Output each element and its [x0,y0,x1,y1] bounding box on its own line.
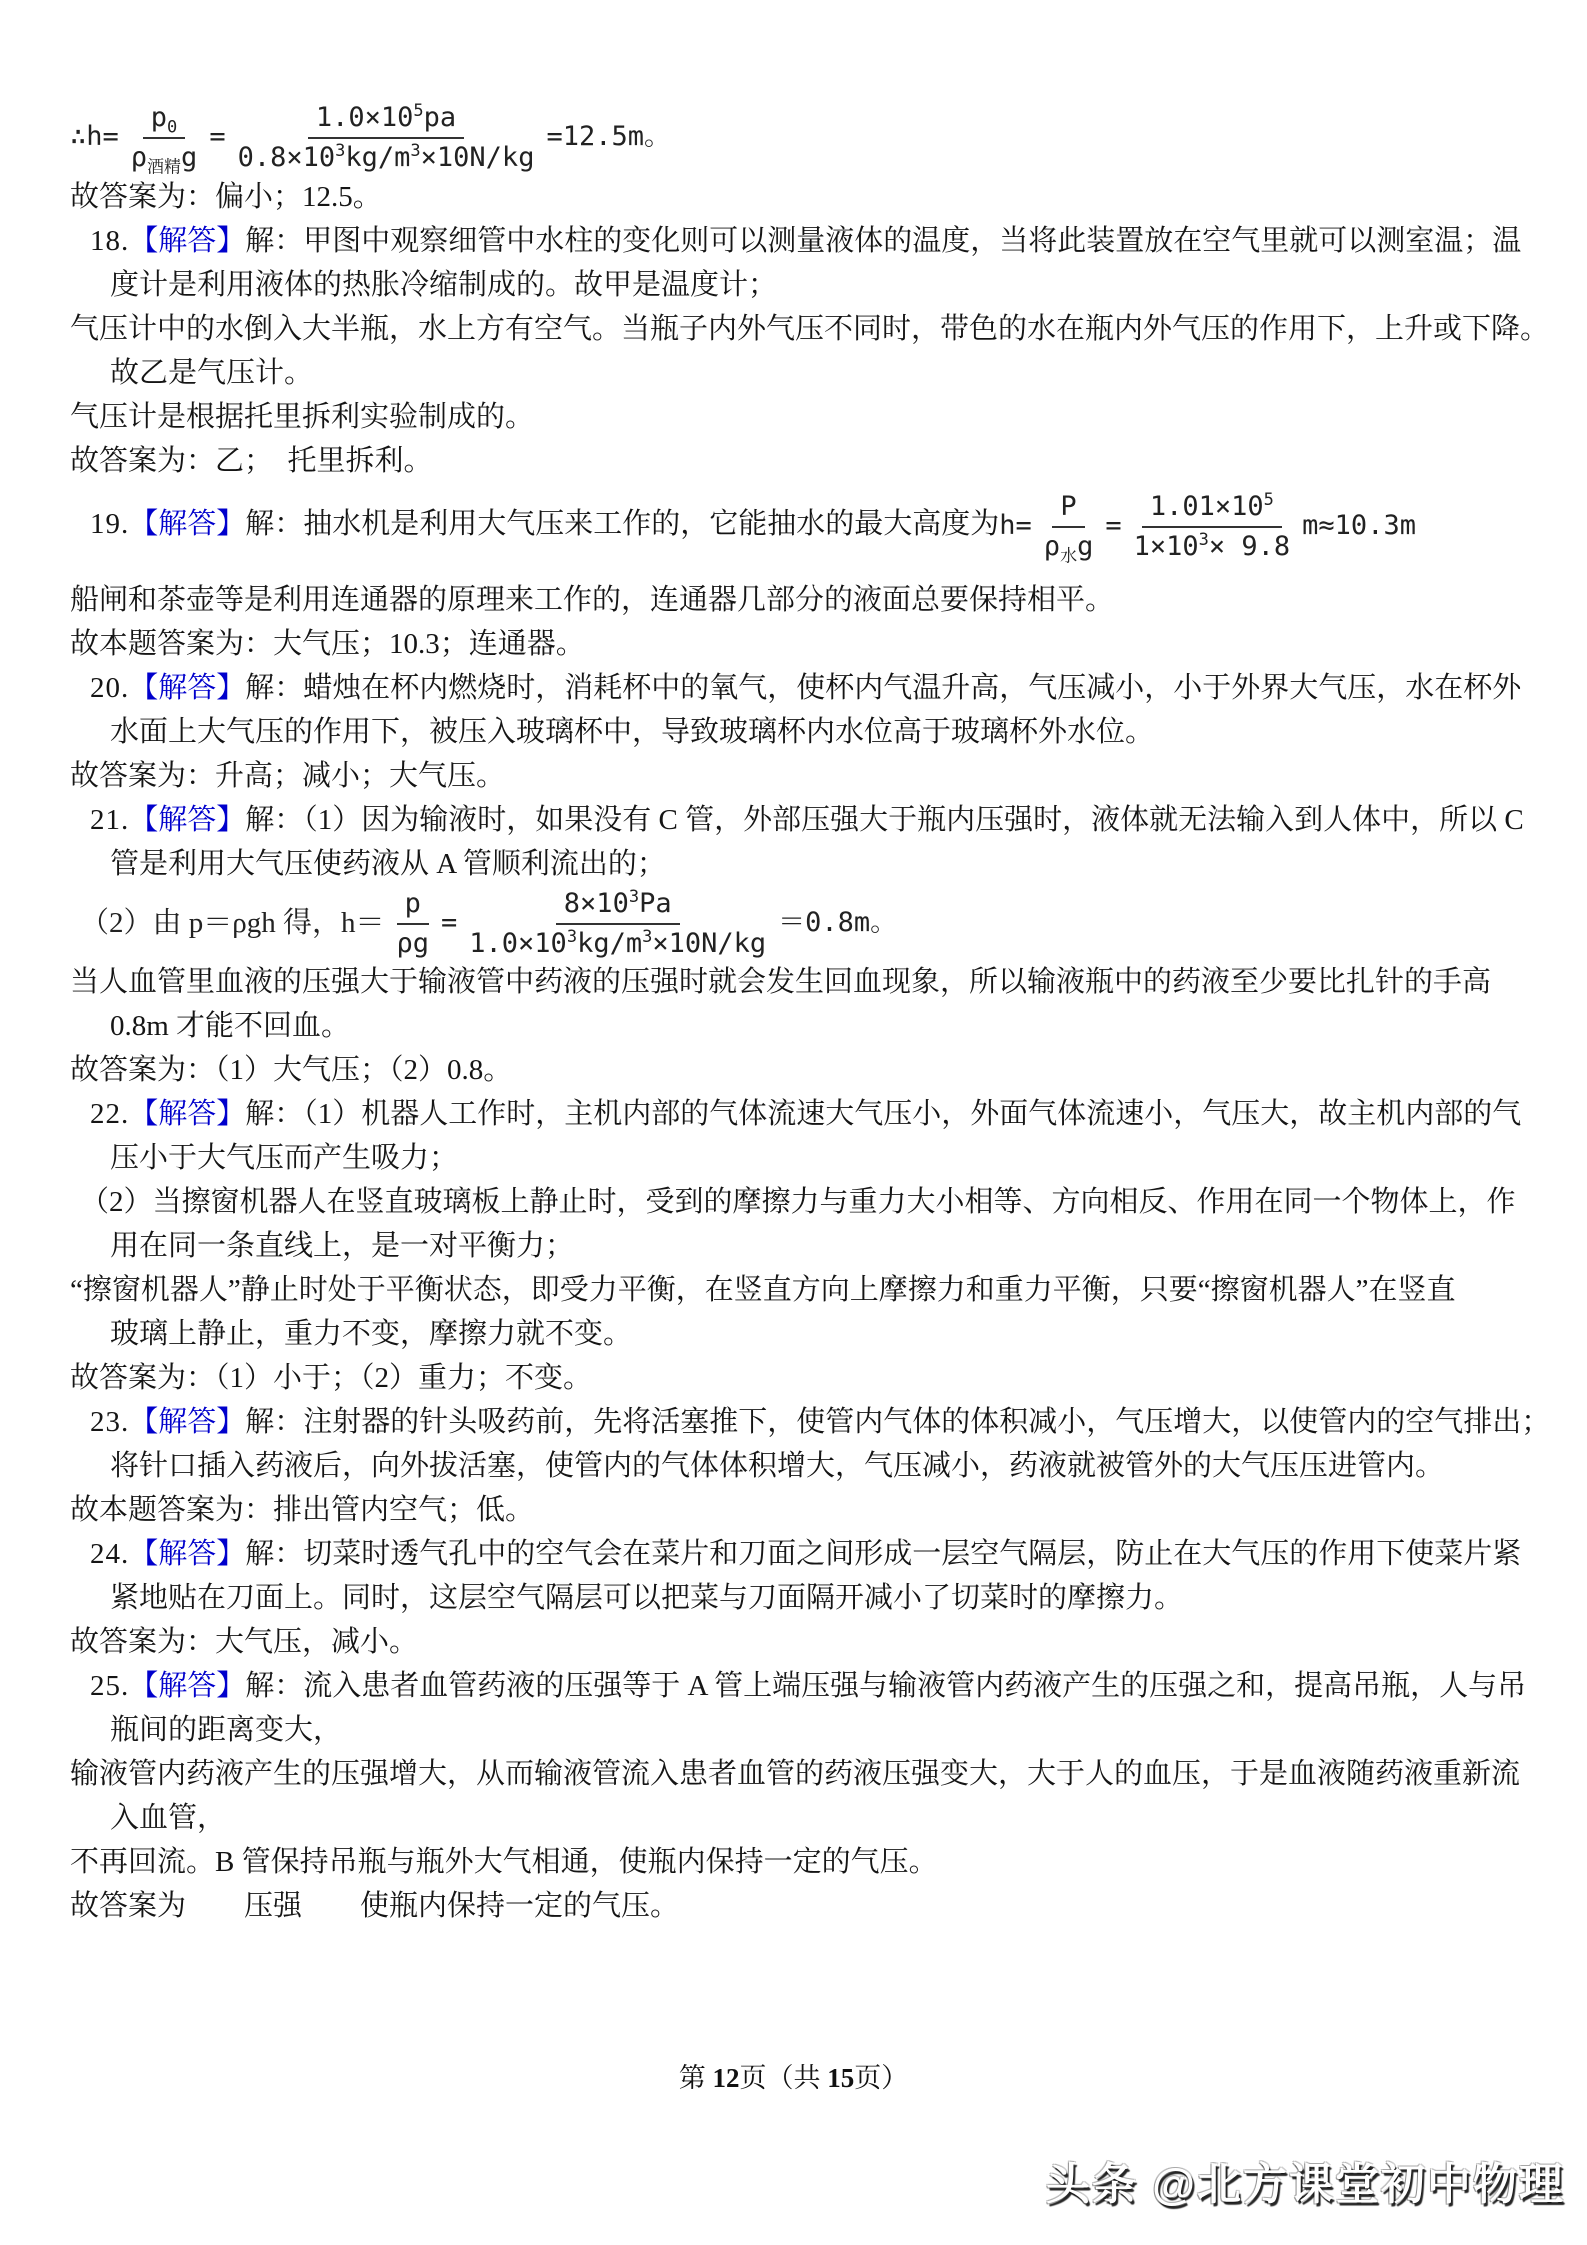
formula-equals: = [1105,510,1121,542]
q19-line-2: 船闸和茶壶等是利用连通器的原理来工作的，连通器几部分的液面总要保持相平。 [70,578,1529,622]
q20-line-2: 水面上大气压的作用下，被压入玻璃杯中，导致玻璃杯内水位高于玻璃杯外水位。 [70,710,1529,754]
jieda-label: 【解答】 [129,1670,245,1702]
jieda-label: 【解答】 [129,672,245,704]
solution-text: 解：蜡烛在杯内燃烧时，消耗杯中的氧气，使杯内气温升高，气压减小，小于外界大气压，… [245,672,1521,704]
formula-lead: h= [999,510,1032,542]
formula-part: kg/m [577,928,642,959]
fraction: p0 ρ酒精g [123,100,206,175]
formula-sup: 5 [413,101,423,121]
solution-text: 解：甲图中观察细管中水柱的变化则可以测量液体的温度，当将此装置放在空气里就可以测… [245,225,1521,257]
question-number: 20. [90,672,129,704]
formula-tail: ＝0.8m。 [778,907,897,939]
formula-part: 8×10 [564,888,629,919]
jieda-label: 【解答】 [129,508,245,540]
page-number: 12 [713,2063,740,2093]
q25-line-2: 瓶间的距离变大， [70,1708,1529,1752]
q18-line-1: 18.【解答】解：甲图中观察细管中水柱的变化则可以测量液体的温度，当将此装置放在… [70,219,1529,263]
fraction: p ρg [388,886,437,961]
formula-sub: 水 [1060,547,1077,567]
footer-text: 第 [679,2063,713,2093]
q17-formula-line: ∴h= p0 ρ酒精g = 1.0×105pa 0.8×103kg/m3×10N… [70,100,1529,175]
q21-line-2: 管是利用大气压使药液从 A 管顺利流出的； [70,842,1529,886]
q22-line-1: 22.【解答】解：（1）机器人工作时，主机内部的气体流速大气压小，外面气体流速小… [70,1092,1529,1136]
q25-line-1: 25.【解答】解：流入患者血管药液的压强等于 A 管上端压强与输液管内药液产生的… [70,1664,1529,1708]
document-page: ∴h= p0 ρ酒精g = 1.0×105pa 0.8×103kg/m3×10N… [0,0,1587,1928]
q22-line-6: 玻璃上静止，重力不变，摩擦力就不变。 [70,1312,1529,1356]
water-height-formula: h= P ρ水g = 1.01×105 1×103× 9.8 m ≈10.3m [999,489,1416,564]
formula-part: P [1060,491,1076,522]
q21-line-3: 当人血管里血液的压强大于输液管中药液的压强时就会发生回血现象，所以输液瓶中的药液… [70,960,1529,1004]
formula-part: ×10N/kg [421,142,535,173]
formula-part: 0.8×10 [238,142,336,173]
footer-text: 页（共 [740,2063,828,2093]
jieda-label: 【解答】 [129,804,245,836]
formula-part: ×10N/kg [652,928,766,959]
formula-part: Pa [639,888,672,919]
total-pages: 15 [827,2063,854,2093]
formula-part: 1.0×10 [469,928,567,959]
q22-line-5: “擦窗机器人”静止时处于平衡状态，即受力平衡，在竖直方向上摩擦力和重力平衡，只要… [70,1268,1529,1312]
q21-formula-line: （2）由 p＝ρgh 得，h＝ p ρg = 8×103Pa 1.0×103kg… [70,886,1529,961]
q18-answer-line: 故答案为：乙； 托里拆利。 [70,439,1529,483]
formula-equals: = [441,907,457,939]
formula-lead: ∴h= [70,121,119,153]
fraction: 1.01×105 1×103× 9.8 [1126,489,1299,564]
q23-answer-line: 故本题答案为：排出管内空气；低。 [70,1488,1529,1532]
q22-answer-line: 故答案为：（1）小于；（2）重力；不变。 [70,1356,1529,1400]
q23-line-1: 23.【解答】解：注射器的针头吸药前，先将活塞推下，使管内气体的体积减小，气压增… [70,1400,1529,1444]
q22-line-4: 用在同一条直线上，是一对平衡力； [70,1224,1529,1268]
q19-answer-line: 故本题答案为：大气压；10.3；连通器。 [70,622,1529,666]
q18-line-4: 故乙是气压计。 [70,351,1529,395]
q23-line-2: 将针口插入药液后，向外拔活塞，使管内的气体体积增大，气压减小，药液就被管外的大气… [70,1444,1529,1488]
formula-part: ρ [1044,531,1060,562]
formula-sup: 3 [567,927,577,947]
q20-answer-line: 故答案为：升高；减小；大气压。 [70,754,1529,798]
formula-equals: = [209,121,225,153]
fraction: 8×103Pa 1.0×103kg/m3×10N/kg [461,886,774,961]
solution-text: 解：（1）机器人工作时，主机内部的气体流速大气压小，外面气体流速小，气压大，故主… [245,1098,1521,1130]
q24-line-2: 紧地贴在刀面上。同时，这层空气隔层可以把菜与刀面隔开减小了切菜时的摩擦力。 [70,1576,1529,1620]
formula-sup: 3 [410,141,420,161]
page-footer: 第 12页（共 15页） [0,2056,1587,2095]
formula-part: ρ [131,142,147,173]
formula-part: ρg [396,928,429,959]
solution-text: 解：抽水机是利用大气压来工作的，它能抽水的最大高度为 [245,508,999,540]
formula-part: kg/m [345,142,410,173]
q25-line-5: 不再回流。B 管保持吊瓶与瓶外大气相通，使瓶内保持一定的气压。 [70,1840,1529,1884]
solution-text: 解：（1）因为输液时，如果没有 C 管，外部压强大于瓶内压强时，液体就无法输入到… [245,804,1523,836]
formula-part: 1×10 [1134,531,1199,562]
q22-line-3: （2）当擦窗机器人在竖直玻璃板上静止时，受到的摩擦力与重力大小相等、方向相反、作… [70,1180,1529,1224]
question-number: 18. [90,225,129,257]
q17-answer-line: 故答案为：偏小；12.5。 [70,175,1529,219]
formula-sup: 5 [1264,490,1274,510]
formula-part: p [151,102,167,133]
question-number: 21. [90,804,129,836]
formula-part: g [181,142,197,173]
formula-part: 1.0×10 [316,102,414,133]
footer-text: 页） [854,2063,908,2093]
formula-sup: 3 [1199,530,1209,550]
solution-text: 解：切菜时透气孔中的空气会在菜片和刀面之间形成一层空气隔层，防止在大气压的作用下… [245,1538,1521,1570]
question-number: 22. [90,1098,129,1130]
formula-part: pa [424,102,457,133]
formula-sup: 3 [335,141,345,161]
formula-sup: 3 [629,887,639,907]
formula-sup: 3 [642,927,652,947]
question-number: 24. [90,1538,129,1570]
q24-line-1: 24.【解答】解：切菜时透气孔中的空气会在菜片和刀面之间形成一层空气隔层，防止在… [70,1532,1529,1576]
solution-text: 解：注射器的针头吸药前，先将活塞推下，使管内气体的体积减小，气压增大，以使管内的… [245,1406,1550,1438]
q21-line-1: 21.【解答】解：（1）因为输液时，如果没有 C 管，外部压强大于瓶内压强时，液… [70,798,1529,842]
q20-line-1: 20.【解答】解：蜡烛在杯内燃烧时，消耗杯中的氧气，使杯内气温升高，气压减小，小… [70,666,1529,710]
q21-line-4: 0.8m 才能不回血。 [70,1004,1529,1048]
formula-result: ≈10.3m [1318,510,1416,542]
toutiao-watermark: 头条 @北方课堂初中物理 [1046,2148,1565,2212]
q25-line-3: 输液管内药液产生的压强增大，从而输液管流入患者血管的药液压强变大，大于人的血压，… [70,1752,1529,1796]
jieda-label: 【解答】 [129,1098,245,1130]
formula-tail: =12.5m。 [546,121,671,153]
formula-part: × 9.8 [1209,531,1290,562]
formula-part: g [1077,531,1093,562]
question-number: 25. [90,1670,129,1702]
q21-answer-line: 故答案为：（1）大气压；（2）0.8。 [70,1048,1529,1092]
q18-line-2: 度计是利用液体的热胀冷缩制成的。故甲是温度计； [70,263,1529,307]
formula-sub: 0 [167,117,177,137]
q19-line-1: 19.【解答】解：抽水机是利用大气压来工作的，它能抽水的最大高度为 h= P ρ… [70,489,1529,564]
formula-unit: m [1302,510,1318,542]
needle-height-formula: （2）由 p＝ρgh 得，h＝ p ρg = 8×103Pa 1.0×103kg… [80,886,897,961]
q25-answer-line: 故答案为 压强 使瓶内保持一定的气压。 [70,1884,1529,1928]
q18-line-3: 气压计中的水倒入大半瓶，水上方有空气。当瓶子内外气压不同时，带色的水在瓶内外气压… [70,307,1529,351]
question-number: 19. [90,508,129,540]
q22-line-2: 压小于大气压而产生吸力； [70,1136,1529,1180]
solution-text: 解：流入患者血管药液的压强等于 A 管上端压强与输液管内药液产生的压强之和，提高… [245,1670,1526,1702]
q18-line-5: 气压计是根据托里拆利实验制成的。 [70,395,1529,439]
formula-part: 1.01×10 [1150,491,1264,522]
jieda-label: 【解答】 [129,225,245,257]
q25-line-4: 入血管， [70,1796,1529,1840]
question-number: 23. [90,1406,129,1438]
alcohol-height-formula: ∴h= p0 ρ酒精g = 1.0×105pa 0.8×103kg/m3×10N… [70,100,671,175]
jieda-label: 【解答】 [129,1538,245,1570]
q24-answer-line: 故答案为：大气压，减小。 [70,1620,1529,1664]
fraction: 1.0×105pa 0.8×103kg/m3×10N/kg [230,100,543,175]
fraction: P ρ水g [1036,489,1102,564]
jieda-label: 【解答】 [129,1406,245,1438]
formula-part: p [405,888,421,919]
formula-lead: （2）由 p＝ρgh 得，h＝ [80,906,384,941]
